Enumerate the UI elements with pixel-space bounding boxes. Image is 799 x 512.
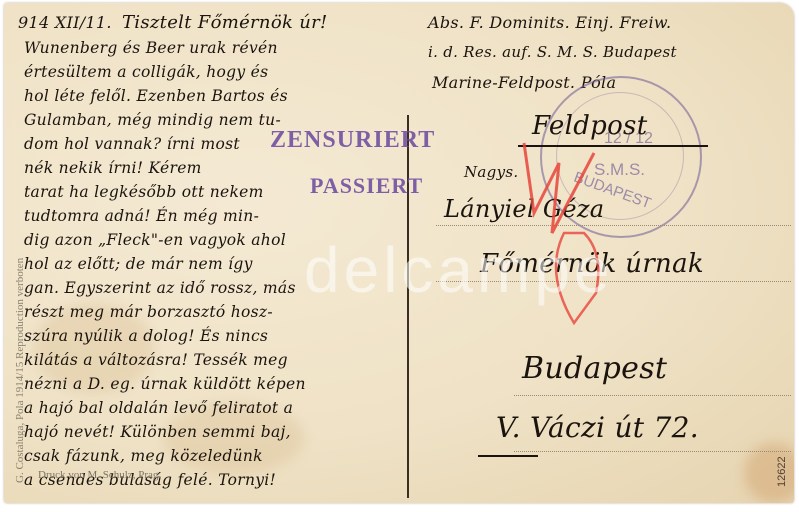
message-line: részt meg már borzasztó hosz- xyxy=(24,303,273,321)
message-line: hajó nevét! Különben semmi baj, xyxy=(24,423,291,441)
message-line: Wunenberg és Beer urak révén xyxy=(24,39,278,57)
postcard: G. Costaluga, Pola 1914/15 Reproduction … xyxy=(4,3,794,503)
censor-stamp-passiert: PASSIERT xyxy=(310,173,423,199)
address-street: V. Váczi út 72. xyxy=(496,411,699,444)
serial-number: 12622 xyxy=(776,456,788,487)
message-salutation: Tisztelt Főmérnök úr! xyxy=(122,12,328,33)
address-city: Budapest xyxy=(522,351,667,386)
sender-line: Abs. F. Dominits. Einj. Freiw. xyxy=(428,13,671,32)
message-line: értesültem a colligák, hogy és xyxy=(24,63,268,81)
message-date: 914 XII/11. xyxy=(18,13,112,32)
message-line: a hajó bal oldalán levő feliratot a xyxy=(24,399,293,417)
censor-stamp-zensuriert: ZENSURIERT xyxy=(270,127,435,154)
address-dotted-line xyxy=(514,451,791,452)
address-dotted-line xyxy=(514,395,791,396)
message-line: dom hol vannak? írni most xyxy=(24,135,240,153)
message-line: Gulamban, még mindig nem tu- xyxy=(24,111,281,129)
message-line: szúra nyúlik a dolog! És nincs xyxy=(24,327,268,345)
message-line: hol léte felől. Ezenben Bartos és xyxy=(24,87,288,105)
message-line: tudtomra adná! Én még min- xyxy=(24,207,259,225)
message-line: kilátás a változásra! Tessék meg xyxy=(24,351,288,369)
sender-line: i. d. Res. auf. S. M. S. Budapest xyxy=(428,43,677,61)
message-line: hol az előtt; de már nem így xyxy=(24,255,253,273)
message-line: dig azon „Fleck"-en vagyok ahol xyxy=(24,231,286,249)
message-line: tarat ha legkésőbb ott nekem xyxy=(24,183,264,201)
message-line: gan. Egyszerint az idő rossz, más xyxy=(24,279,296,297)
watermark: delcampe xyxy=(304,233,614,307)
street-underline xyxy=(478,455,538,457)
message-line: csak fázunk, meg közeledünk xyxy=(24,447,263,465)
printer-credit: Druck von M. Schulz, Prag. xyxy=(38,469,161,481)
message-line: nék nekik írni! Kérem xyxy=(24,159,202,177)
message-line: nézni a D. eg. úrnak küldött képen xyxy=(24,375,306,393)
